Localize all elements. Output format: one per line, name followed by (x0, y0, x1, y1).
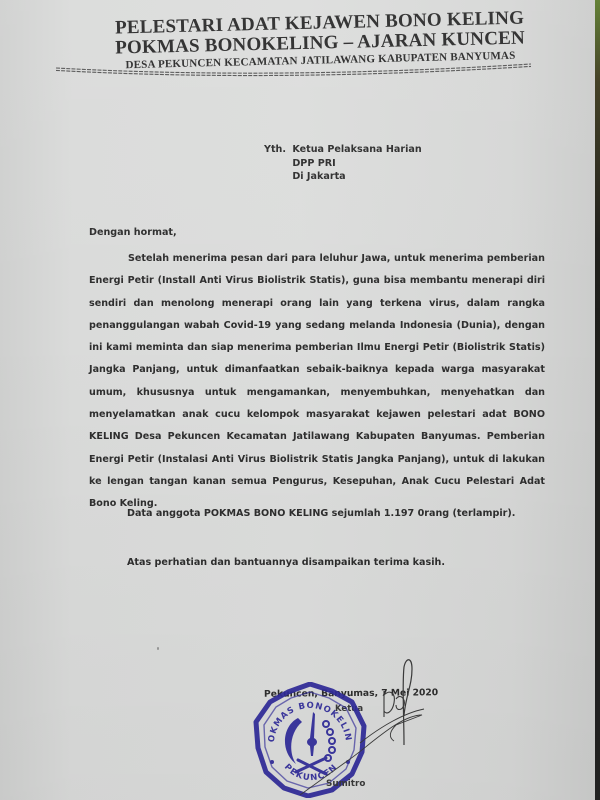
member-data-line: Data anggota POKMAS BONO KELING sejumlah… (127, 508, 515, 519)
letter-page: PELESTARI ADAT KEJAWEN BONO KELING POKMA… (0, 0, 600, 800)
recipient-block: Yth. Ketua Pelaksana Harian DPP PRI Di J… (264, 143, 422, 184)
paper-speck (157, 647, 159, 650)
recipient-line: Ketua Pelaksana Harian (292, 144, 421, 155)
signer-name: Sumitro (326, 779, 365, 789)
page-edge-background (595, 0, 600, 800)
body-paragraph: Setelah menerima pesan dari para leluhur… (89, 248, 545, 516)
recipient-line: Di Jakarta (292, 171, 345, 182)
closing-line: Atas perhatian dan bantuannya disampaika… (127, 557, 445, 568)
letterhead-divider (56, 62, 531, 78)
recipient-line: DPP PRI (292, 158, 335, 169)
salutation: Dengan hormat, (89, 227, 545, 238)
recipient-prefix: Yth. (264, 143, 289, 157)
handwritten-signature (300, 655, 430, 795)
